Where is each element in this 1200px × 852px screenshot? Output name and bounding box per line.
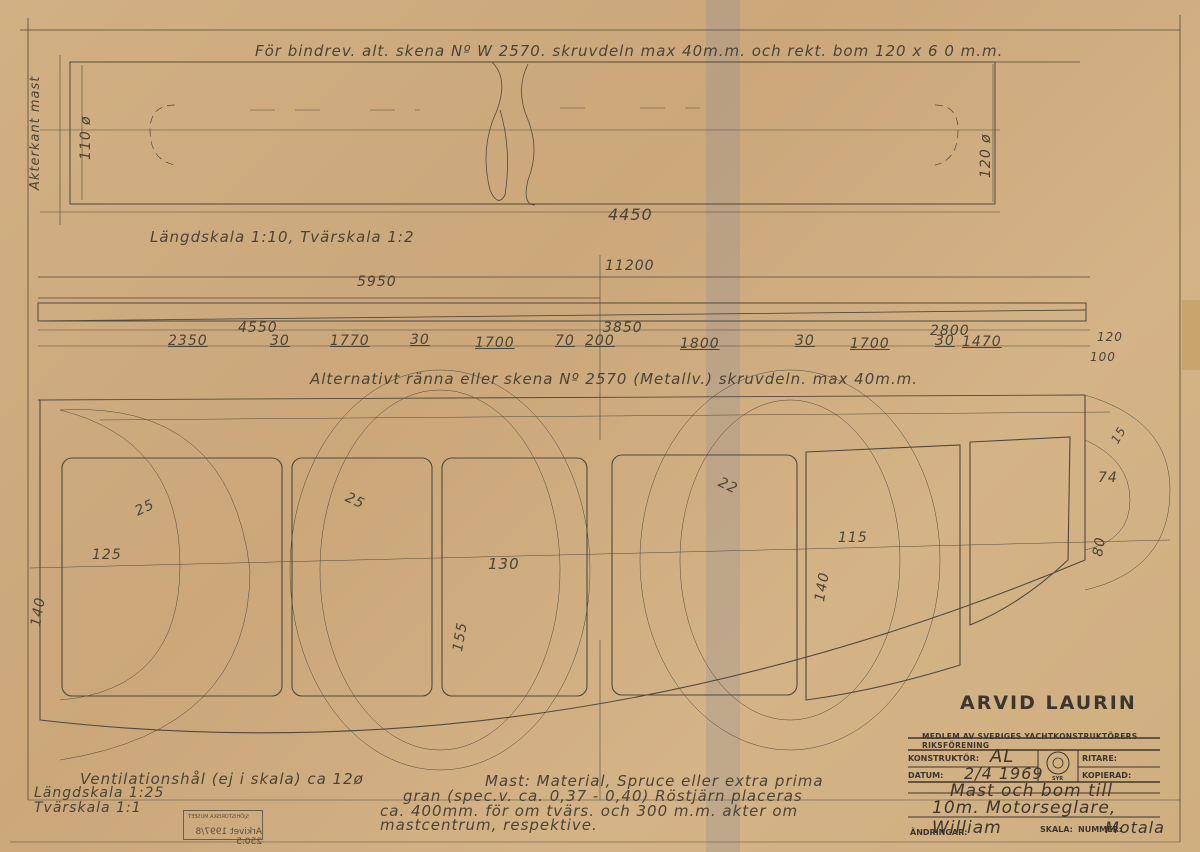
section-scale-cross: Tvärskala 1:1 [34, 800, 142, 816]
material-note-4: mastcentrum, respektive. [380, 816, 598, 834]
archive-stamp: SJÖHISTORISKA MUSEET Arkivet 1997/8 250:… [183, 810, 263, 840]
top-scale: Längdskala 1:10, Tvärskala 1:2 [150, 228, 415, 246]
seg-dim: 30 [410, 332, 430, 348]
drawing-sheet: För bindrev. alt. skena Nº W 2570. skruv… [0, 0, 1200, 852]
andringar-label: ÄNDRINGAR: [910, 828, 967, 837]
firm-name: ARVID LAURIN [960, 692, 1137, 714]
stamp-line1: SJÖHISTORISKA MUSEET [188, 814, 249, 820]
ritare-label: RITARE: [1082, 754, 1117, 763]
seg-dim: 30 [795, 333, 815, 349]
rail-note: Alternativt ränna eller skena Nº 2570 (M… [310, 370, 918, 388]
nummer-value: Motala [1105, 818, 1165, 837]
seg-dim: 2350 [168, 333, 208, 349]
dim-115: 115 [838, 530, 868, 546]
seg-dim: 1770 [330, 333, 370, 349]
seg-dim: 30 [935, 333, 955, 349]
dim-74: 74 [1098, 470, 1118, 486]
dim-80: 80 [1090, 535, 1109, 557]
seg-dim: 200 [585, 333, 615, 349]
kopierad-label: KOPIERAD: [1082, 771, 1131, 780]
seg-dim: 70 [555, 333, 575, 349]
dim-110: 110 ø [78, 115, 94, 160]
seg-dim: 1700 [475, 335, 515, 351]
datum-label: DATUM: [908, 771, 943, 780]
section-scale-long: Längdskala 1:25 [34, 785, 164, 801]
dim-11200: 11200 [605, 258, 655, 274]
stamp-line2: Arkivet 1997/8 250:5 [188, 827, 262, 847]
dim-120-end: 120 [1097, 330, 1123, 344]
side-label: Akterkant mast [28, 76, 43, 190]
dim-125: 125 [92, 547, 122, 563]
konstruktor-label: KONSTRUKTÖR: [908, 754, 979, 763]
seg-dim: 1700 [850, 336, 890, 352]
top-note: För bindrev. alt. skena Nº W 2570. skruv… [255, 42, 1003, 60]
seg-dim: 30 [270, 333, 290, 349]
seg-dim: 1470 [962, 334, 1002, 350]
title-block: ARVID LAURIN MEDLEM AV SVERIGES YACHTKON… [900, 680, 1160, 840]
dim-100-end: 100 [1090, 350, 1116, 364]
dim-130: 130 [488, 555, 520, 573]
member-line: MEDLEM AV SVERIGES YACHTKONSTRUKTÖRERS R… [922, 732, 1160, 750]
dim-120: 120 ø [978, 133, 994, 178]
skala-label: SKALA: [1040, 825, 1073, 834]
dim-5950: 5950 [357, 274, 397, 290]
dim-4450: 4450 [608, 205, 653, 224]
seg-dim: 1800 [680, 336, 720, 352]
